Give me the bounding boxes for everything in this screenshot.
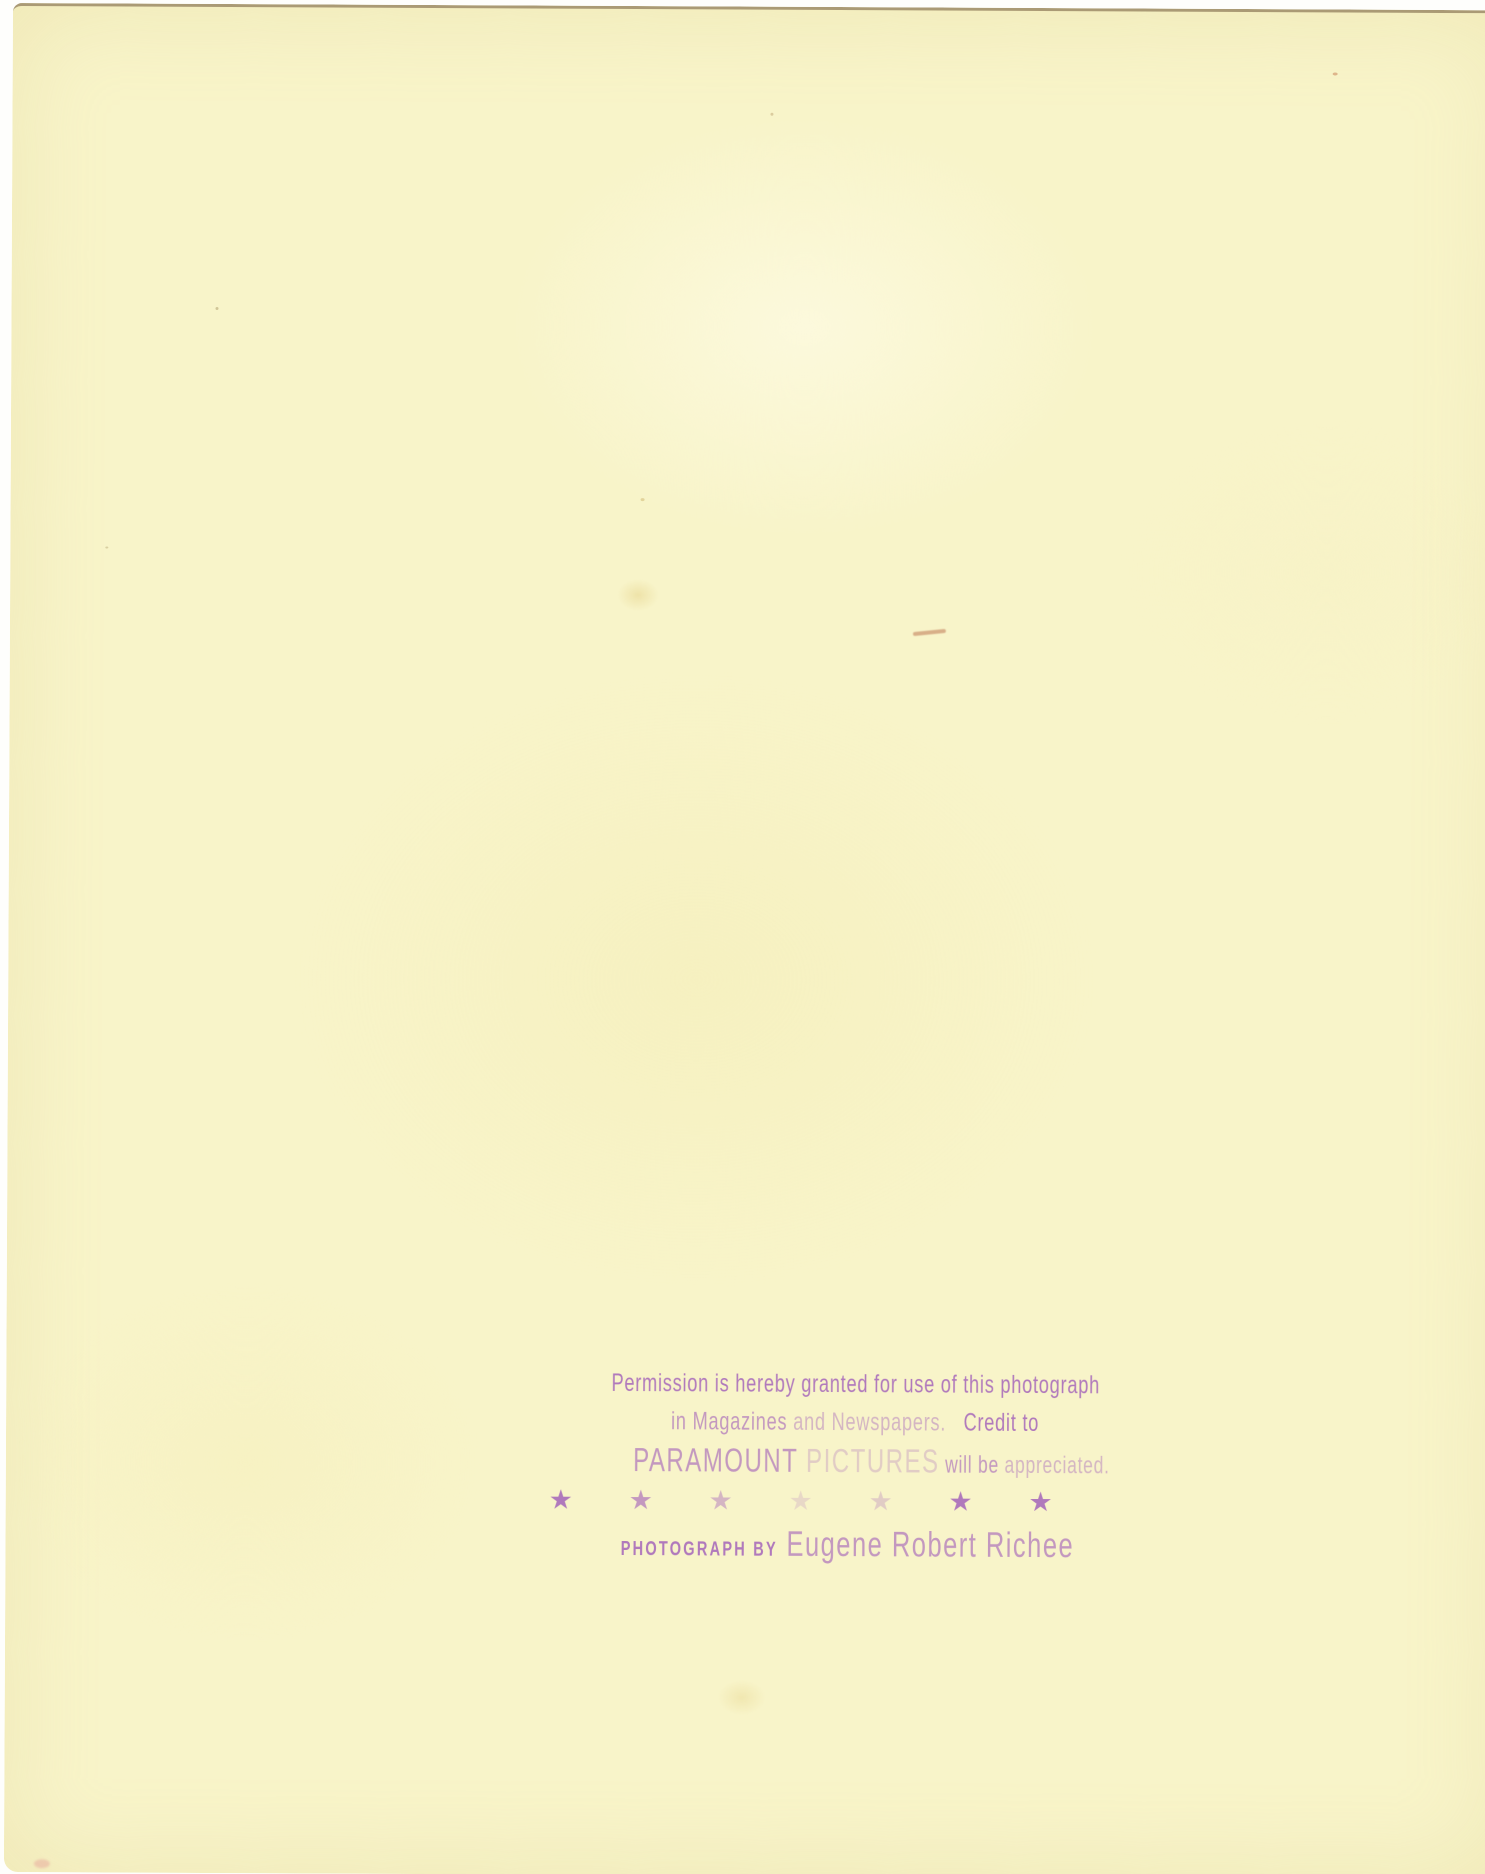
star-icon: ★ <box>788 1488 812 1515</box>
stamp-star-row: ★★★★★★★ <box>549 1487 1053 1516</box>
star-icon: ★ <box>629 1487 653 1514</box>
stamp-text-segment: PICTURES <box>806 1442 940 1480</box>
paper-speck <box>770 113 773 116</box>
stamp-line-permission: Permission is hereby granted for use of … <box>611 1369 991 1400</box>
stain-mark <box>34 1859 50 1868</box>
star-icon: ★ <box>868 1488 892 1515</box>
paper-speck <box>641 498 645 501</box>
stamp-line-photographer: PHOTOGRAPH BY Eugene Robert Richee <box>621 1524 1001 1566</box>
stamp-text-segment: will be <box>939 1452 1004 1479</box>
paper-speck <box>105 546 108 548</box>
paper-speck <box>1333 72 1338 75</box>
scan-background: { "paper": { "base_color": "#f8f4c9", "m… <box>0 0 1485 1874</box>
scratch-mark <box>913 629 946 636</box>
star-icon: ★ <box>549 1487 573 1514</box>
photographer-name: Eugene Robert Richee <box>786 1525 1074 1565</box>
star-icon: ★ <box>709 1487 733 1514</box>
stamp-text-segment: Credit to <box>946 1409 1039 1437</box>
stamp-text-segment: in Magazines <box>671 1407 793 1436</box>
spacer <box>778 1525 787 1564</box>
stamp-text-segment: PARAMOUNT <box>633 1441 806 1479</box>
stamp-text-segment: and Newspapers. <box>793 1408 946 1437</box>
stamp-text-segment: appreciated. <box>1004 1452 1109 1480</box>
star-icon: ★ <box>948 1489 972 1516</box>
stamp-text-segment: PHOTOGRAPH BY <box>621 1538 778 1561</box>
permission-stamp: Permission is hereby granted for use of … <box>540 1369 1061 1577</box>
stamp-line-credit: in Magazines and Newspapers. Credit to <box>665 1407 1045 1438</box>
stamp-line-paramount: PARAMOUNT PICTURES will be appreciated. <box>633 1441 1013 1481</box>
star-icon: ★ <box>1028 1489 1052 1516</box>
paper-speck <box>216 307 219 310</box>
photo-paper-verso: Permission is hereby granted for use of … <box>4 3 1485 1874</box>
